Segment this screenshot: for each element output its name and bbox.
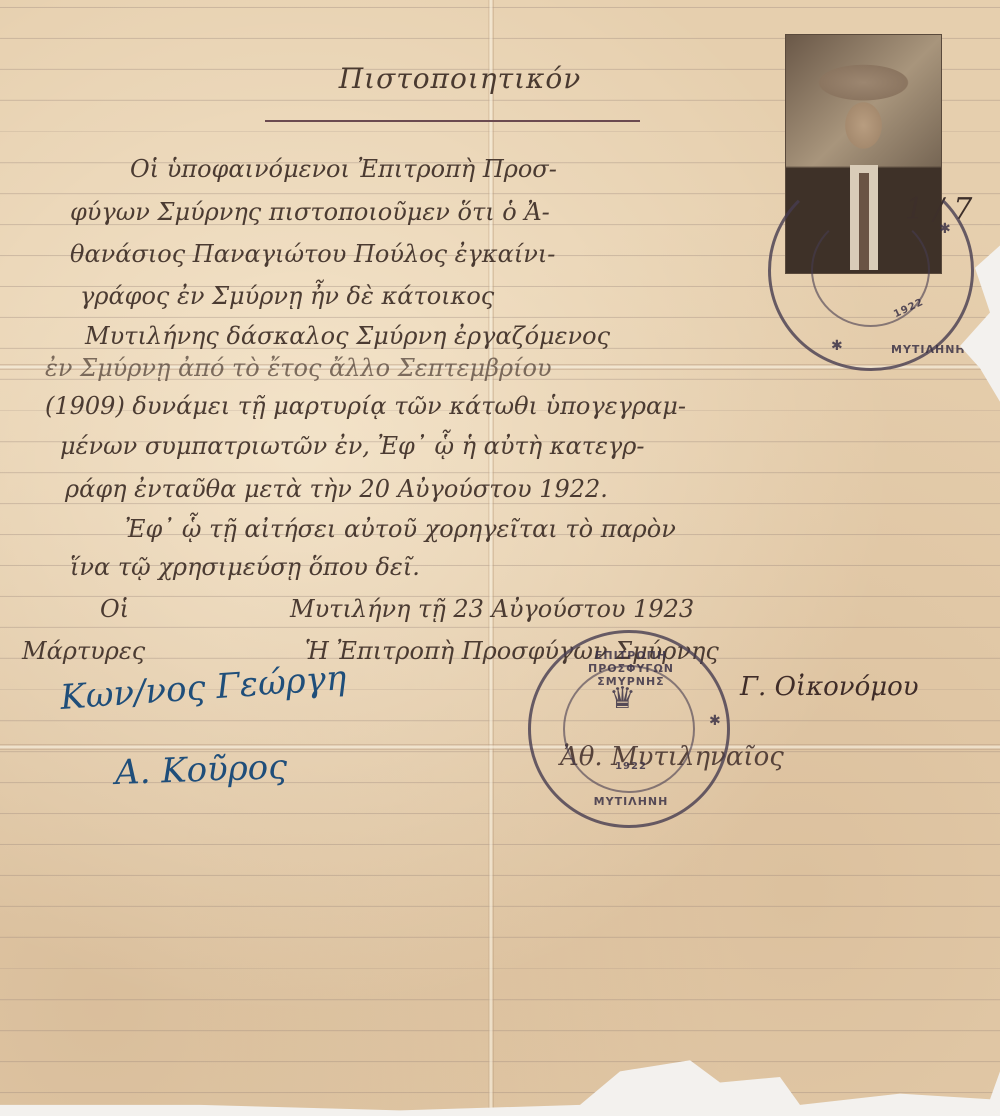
photo-stamp: ΜΥΤΙΛΗΝΗ 1922 ✱ ✱ xyxy=(768,170,974,371)
place-date-prefix: Οἱ xyxy=(100,595,129,623)
body-line-4: γράφος ἐν Σμύρνῃ ἦν δὲ κάτοικος xyxy=(80,282,494,310)
committee-seal: ΕΠΙΤΡΟΠΗ ΠΡΟΣΦΥΓΩΝ ΣΜΥΡΝΗΣ ♛ 1922 ΜΥΤΙΛΗ… xyxy=(528,630,730,828)
horizontal-fold-lower xyxy=(0,744,1000,750)
witnesses-label: Μάρτυρες xyxy=(22,637,145,665)
photo-stamp-city: ΜΥΤΙΛΗΝΗ xyxy=(891,343,966,356)
crown-icon: ♛ xyxy=(609,681,636,716)
body-line-5: Μυτιλήνης δάσκαλος Σμύρνη ἐργαζόμενος xyxy=(85,322,610,350)
body-line-6: ἐν Σμύρνῃ ἀπό τὸ ἔτος ἄλλο Σεπτεμβρίου xyxy=(45,354,552,382)
body-line-2: φύγων Σμύρνης πιστοποιοῦμεν ὅτι ὁ Ἀ- xyxy=(70,198,550,226)
seal-year: 1922 xyxy=(601,761,661,772)
body-line-3: θανάσιος Παναγιώτου Πούλος ἐγκαίνι- xyxy=(70,240,555,268)
place-date: Μυτιλήνη τῇ 23 Αὐγούστου 1923 xyxy=(290,595,694,623)
body-line-8: μένων συμπατριωτῶν ἐν, Ἐφ᾽ ᾧ ἡ αὐτὴ κατε… xyxy=(60,432,644,460)
body-line-7: (1909) δυνάμει τῇ μαρτυρίᾳ τῶν κάτωθι ὑπ… xyxy=(45,392,686,420)
title-underline xyxy=(265,120,640,122)
document-title: Πιστοποιητικόν xyxy=(300,62,620,95)
body-line-10: Ἐφ᾽ ᾧ τῇ αἰτήσει αὐτοῦ χορηγεῖται τὸ παρ… xyxy=(125,515,676,543)
body-line-11: ἵνα τῷ χρησιμεύσῃ ὅπου δεῖ. xyxy=(70,553,420,581)
body-line-9: ράφη ἐνταῦθα μετὰ τὴν 20 Αὐγούστου 1922. xyxy=(65,475,608,503)
seal-city: ΜΥΤΙΛΗΝΗ xyxy=(581,795,681,808)
body-line-1: Οἱ ὑποφαινόμενοι Ἐπιτροπὴ Προσ- xyxy=(130,155,557,183)
certificate-paper: Πιστοποιητικόν Οἱ ὑποφαινόμενοι Ἐπιτροπὴ… xyxy=(0,0,1000,1116)
star-icon: ✱ xyxy=(831,338,844,354)
committee-signature-1: Γ. Οἰκονόμου xyxy=(740,672,919,702)
witness-signature-2: Α. Κοῦρος xyxy=(114,747,288,793)
star-icon: ✱ xyxy=(709,713,722,729)
star-icon: ✱ xyxy=(939,221,952,237)
